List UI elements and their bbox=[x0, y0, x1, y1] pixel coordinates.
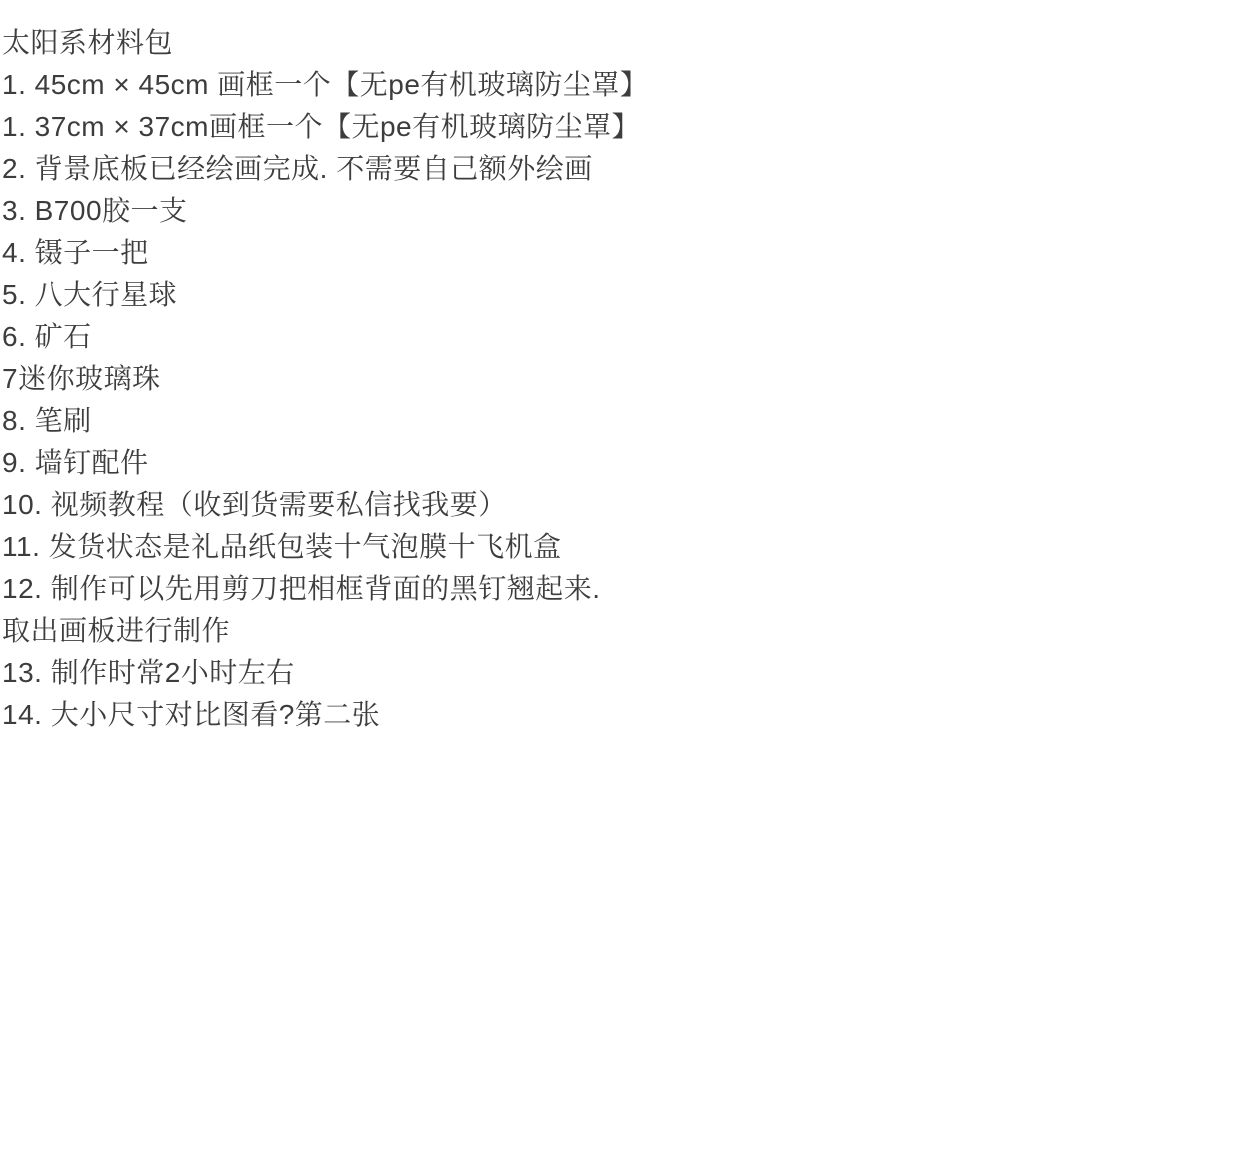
list-item-glass-beads: 7迷你玻璃珠 bbox=[2, 358, 1232, 400]
document-title: 太阳系材料包 bbox=[2, 22, 1232, 64]
list-item-frame-45cm: 1. 45cm × 45cm 画框一个【无pe有机玻璃防尘罩】 bbox=[2, 64, 1232, 106]
list-item-planets: 5. 八大行星球 bbox=[2, 274, 1232, 316]
list-item-ore: 6. 矿石 bbox=[2, 316, 1232, 358]
list-item-tweezers: 4. 镊子一把 bbox=[2, 232, 1232, 274]
list-item-making-step: 12. 制作可以先用剪刀把相框背面的黑钉翘起来. bbox=[2, 568, 1232, 610]
list-item-making-time: 13. 制作时常2小时左右 bbox=[2, 652, 1232, 694]
list-item-background-board: 2. 背景底板已经绘画完成. 不需要自己额外绘画 bbox=[2, 148, 1232, 190]
document-page: 太阳系材料包 1. 45cm × 45cm 画框一个【无pe有机玻璃防尘罩】 1… bbox=[0, 0, 1240, 1162]
list-item-size-comparison: 14. 大小尺寸对比图看?第二张 bbox=[2, 694, 1232, 736]
list-item-making-step-wrap: 取出画板进行制作 bbox=[2, 610, 1232, 652]
list-item-wall-nail: 9. 墙钉配件 bbox=[2, 442, 1232, 484]
list-item-shipping-state: 11. 发货状态是礼品纸包装十气泡膜十飞机盒 bbox=[2, 526, 1232, 568]
list-item-glue: 3. B700胶一支 bbox=[2, 190, 1232, 232]
list-item-brush: 8. 笔刷 bbox=[2, 400, 1232, 442]
list-item-video-tutorial: 10. 视频教程（收到货需要私信找我要） bbox=[2, 484, 1232, 526]
material-list: 太阳系材料包 1. 45cm × 45cm 画框一个【无pe有机玻璃防尘罩】 1… bbox=[2, 22, 1232, 736]
list-item-frame-37cm: 1. 37cm × 37cm画框一个【无pe有机玻璃防尘罩】 bbox=[2, 106, 1232, 148]
